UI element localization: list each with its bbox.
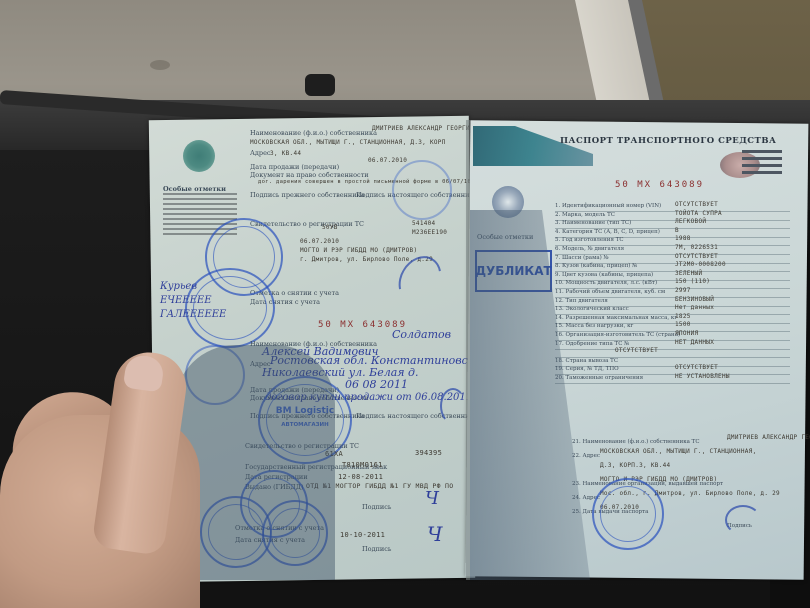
vehicle-field-label: 2. Марка, модель ТС [555,212,615,218]
owner-field-value: Д.3, КОРП.3, КВ.44 [600,462,670,469]
vehicle-field-label: 4. Категория ТС (A, B, C, D, прицеп) [555,229,660,235]
owner2-sign-label-1: Подпись [362,503,391,511]
vehicle-field-value: JT2M0-0008200 [675,261,726,268]
vehicle-field-value: ЛЕГКОВОЙ [675,218,706,225]
owner2-signature-2: Ч [427,522,442,546]
owner-field-label: 21. Наименование (ф.и.о.) собственника Т… [572,439,700,445]
photo-scene: Наименование (ф.и.о.) собственника ДМИТР… [0,0,810,608]
rosette-emblem-icon [183,140,215,172]
owner2-deregister-date: 10-10-2011 [340,531,385,539]
owner2-reg-number: 394395 [415,449,442,457]
owner1-reg-series: 50УВ [322,224,338,231]
owner2-plate: Т810МО161 [342,461,383,469]
owner1-sign-prev-label: Подпись прежнего собственника [250,191,365,199]
owner1-reg-number: 541404 [412,220,435,227]
owner1-issued-by: МОГТО И РЭР ГИБДД МО (ДМИТРОВ) [300,247,417,254]
vehicle-field-value: НЕТ ДАННЫХ [675,339,714,346]
gibdd-stamp-right [592,478,664,550]
owner1-sale-date-label: Дата продажи (передачи) [250,163,339,171]
vehicle-field-label: 17. Одобрение типа ТС № [555,341,629,347]
vehicle-field-label: 11. Рабочий объем двигателя, куб. см [555,289,665,295]
vehicle-field-label: 6. Модель, № двигателя [555,246,624,252]
vehicle-field-label: 15. Масса без нагрузки, кг [555,323,633,329]
vehicle-field-label: 3. Наименование (тип ТС) [555,220,631,226]
owner-field-value: МОСКОВСКАЯ ОБЛ., МЫТИЩИ Г., СТАНЦИОННАЯ, [600,448,757,455]
vehicle-field-value: 2997 [675,287,691,294]
vehicle-field-value: B [675,227,679,234]
owner2-reg-date: 12-08-2011 [338,473,383,481]
vehicle-field-value: НЕ УСТАНОВЛЕНЫ [675,373,730,380]
vehicle-field-value: 1500 [675,321,691,328]
vehicle-field-label: 5. Год изготовления ТС [555,237,624,243]
vehicle-field-value: ТОЙОТА СУПРА [675,210,722,217]
vehicle-field-value: 7M, 0226531 [675,244,718,251]
vehicle-field-value: БЕНЗИНОВЫЙ [675,296,714,303]
vehicle-field-value: ОТСУТСТВУЕТ [675,201,718,208]
left-special-marks-label: Особые отметки [163,185,226,193]
page-fold [466,120,470,580]
owner1-name: ДМИТРИЕВ АЛЕКСАНДР ГЕОРГИЕВ [372,125,478,132]
vehicle-field-value: ОТСУТСТВУЕТ [675,364,718,371]
vehicle-field-label: 10. Мощность двигателя, л.с. (кВт) [555,280,657,286]
vehicle-field-label: 12. Тип двигателя [555,298,608,304]
vehicle-field-label: 20. Таможенные ограничения [555,375,643,381]
owner-field-value: ДМИТРИЕВ АЛЕКСАНДР ГЕОРГ [727,434,810,441]
vehicle-field-label: 18. Страна вывоза ТС [555,358,618,364]
vehicle-field-label: 8. Кузов (кабина, прицеп) № [555,263,637,269]
vehicle-field-label: 9. Цвет кузова (кабины, прицепа) [555,272,653,278]
flag-stripes [742,150,782,178]
owner2-sign-label-2: Подпись [362,545,391,553]
vehicle-field-value: ОТСУТСТВУЕТ [615,347,658,354]
notary-stamp-top-right [392,160,452,220]
owner1-plate: М236ЕЕ190 [412,229,447,236]
owner1-reg-date: 06.07.2010 [300,238,339,245]
vehicle-field-row: 20. Таможенные ограниченияНЕ УСТАНОВЛЕНЫ [555,375,790,384]
vehicle-field-label: 14. Разрешенная максимальная масса, кг [555,315,677,321]
passport-title: ПАСПОРТ ТРАНСПОРТНОГО СРЕДСТВА [560,136,776,146]
handwritten-note: Курьев ЕЧЕЕЕЕЕ ГАЛЕЕЕЕЕЕ [160,280,245,322]
road-stain [150,60,170,70]
vehicle-field-label: 16. Организация-изготовитель ТС (страна) [555,332,680,338]
owner1-document-label: Документ на право собственности [250,171,369,179]
owner2-surname: Солдатов [392,328,451,341]
owner1-name-label: Наименование (ф.и.о.) собственника [250,129,377,137]
vehicle-field-label: 1. Идентификационный номер (VIN) [555,203,661,209]
signature-right [725,505,761,535]
right-serial-number: 50 МХ 643089 [615,180,704,190]
wiper-pivot [305,74,335,96]
owner1-address: МОСКОВСКАЯ ОБЛ., МЫТИЩИ Г., СТАНЦИОННАЯ,… [250,139,446,146]
vehicle-field-value: ЗЕЛЕНЫЙ [675,270,702,277]
owner1-address-2: 3, КВ.44 [270,150,301,157]
vehicle-field-value: 150 (110) [675,278,710,285]
vehicle-field-value: ОТСУТСТВУЕТ [675,253,718,260]
signature-2 [440,388,466,424]
owner-field-label: 22. Адрес [572,453,600,459]
vehicle-field-value: ЯПОНИЯ [675,330,698,337]
owner1-sale-date: 06.07.2010 [368,157,407,164]
owner2-sale-date: 06 08 2011 [345,378,408,391]
vehicle-field-label: 13. Экологический класс [555,306,629,312]
owner2-signature-1: Ч [425,488,439,509]
vehicle-field-value: Нет данных [675,304,714,311]
vehicle-field-value: 1988 [675,235,691,242]
owner1-address-label: Адрес [250,149,271,157]
vehicle-field-label: 7. Шасси (рама) № [555,255,609,261]
vehicle-field-value: 1825 [675,313,691,320]
vehicle-field-label: 19. Серия, № ТД, ТПО [555,366,619,372]
